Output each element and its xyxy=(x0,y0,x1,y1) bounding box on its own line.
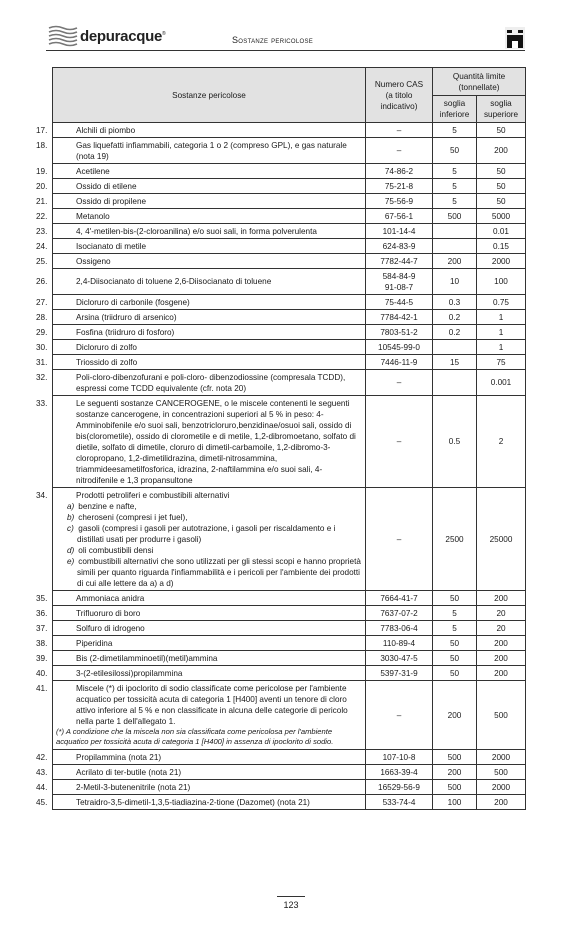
substance-name: Triossido di zolfo xyxy=(76,358,137,367)
substance-cell: 29.Fosfina (triidruro di fosforo) xyxy=(53,325,366,340)
substance-cell: 32.Poli-cloro-dibenzofurani e poli-cloro… xyxy=(53,370,366,396)
cas-cell: – xyxy=(366,396,433,488)
upper-threshold-cell: 2000 xyxy=(477,750,526,765)
upper-threshold-cell: 0.001 xyxy=(477,370,526,396)
table-row: 22.Metanolo67-56-15005000 xyxy=(53,209,526,224)
cas-cell: 533-74-4 xyxy=(366,795,433,810)
substance-cell: 22.Metanolo xyxy=(53,209,366,224)
lower-threshold-cell: 50 xyxy=(433,636,477,651)
substance-cell: 38.Piperidina xyxy=(53,636,366,651)
substance-name: Poli-cloro-dibenzofurani e poli-cloro- d… xyxy=(76,373,345,393)
substance-name: Isocianato di metile xyxy=(76,242,146,251)
upper-threshold-cell: 1 xyxy=(477,310,526,325)
substance-cell: 34.Prodotti petroliferi e combustibili a… xyxy=(53,488,366,591)
upper-threshold-cell: 200 xyxy=(477,591,526,606)
substance-cell: 35.Ammoniaca anidra xyxy=(53,591,366,606)
substance-name: Le seguenti sostanze CANCEROGENE, o le m… xyxy=(76,399,356,485)
lower-threshold-cell: 50 xyxy=(433,666,477,681)
lower-threshold-cell: 0.2 xyxy=(433,310,477,325)
upper-threshold-cell: 2 xyxy=(477,396,526,488)
h-block-icon xyxy=(505,27,525,49)
upper-threshold-cell: 5000 xyxy=(477,209,526,224)
substance-cell: 45.Tetraidro-3,5-dimetil-1,3,5-tiadiazin… xyxy=(53,795,366,810)
upper-threshold-cell: 20 xyxy=(477,606,526,621)
upper-threshold-cell: 500 xyxy=(477,681,526,750)
sub-item: e) combustibili alternativi che sono uti… xyxy=(56,556,362,589)
table-row: 32.Poli-cloro-dibenzofurani e poli-cloro… xyxy=(53,370,526,396)
substance-cell: 17.Alchili di piombo xyxy=(53,123,366,138)
sub-item: c) gasoli (compresi i gasoli per autotra… xyxy=(56,523,362,545)
substance-name: Dicloruro di zolfo xyxy=(76,343,137,352)
table-row: 21.Ossido di propilene75-56-9550 xyxy=(53,194,526,209)
table-row: 17.Alchili di piombo–550 xyxy=(53,123,526,138)
upper-threshold-cell: 75 xyxy=(477,355,526,370)
upper-threshold-cell: 0.15 xyxy=(477,239,526,254)
upper-threshold-cell: 50 xyxy=(477,194,526,209)
cas-cell: 3030-47-5 xyxy=(366,651,433,666)
upper-threshold-cell: 0.01 xyxy=(477,224,526,239)
dangerous-substances-table: Sostanze pericolose Numero CAS(a titolo … xyxy=(52,67,526,810)
lower-threshold-cell: 5 xyxy=(433,179,477,194)
substance-cell: 37.Solfuro di idrogeno xyxy=(53,621,366,636)
lower-threshold-cell: 0.2 xyxy=(433,325,477,340)
cas-cell: – xyxy=(366,370,433,396)
upper-threshold-cell: 50 xyxy=(477,164,526,179)
lower-threshold-cell: 15 xyxy=(433,355,477,370)
lower-threshold-cell xyxy=(433,370,477,396)
sub-item: b) cheroseni (compresi i jet fuel), xyxy=(56,512,362,523)
substance-cell: 39.Bis (2-dimetilamminoetil)(metil)ammin… xyxy=(53,651,366,666)
cas-cell: 110-89-4 xyxy=(366,636,433,651)
cas-cell: – xyxy=(366,123,433,138)
lower-threshold-cell: 200 xyxy=(433,765,477,780)
header-substance: Sostanze pericolose xyxy=(53,68,366,123)
table-row: 34.Prodotti petroliferi e combustibili a… xyxy=(53,488,526,591)
table-row: 41.Miscele (*) di ipoclorito di sodio cl… xyxy=(53,681,526,750)
table-row: 23.4, 4'-metilen-bis-(2-cloroanilina) e/… xyxy=(53,224,526,239)
page-header: depuracque® Sostanze pericolose xyxy=(46,25,525,51)
substance-cell: 31.Triossido di zolfo xyxy=(53,355,366,370)
substance-cell: 41.Miscele (*) di ipoclorito di sodio cl… xyxy=(53,681,366,750)
cas-cell: 67-56-1 xyxy=(366,209,433,224)
table-row: 18.Gas liquefatti infiammabili, categori… xyxy=(53,138,526,164)
lower-threshold-cell: 5 xyxy=(433,164,477,179)
page-number: 123 xyxy=(277,896,305,910)
table-row: 35.Ammoniaca anidra7664-41-750200 xyxy=(53,591,526,606)
lower-threshold-cell: 50 xyxy=(433,591,477,606)
substance-name: Miscele (*) di ipoclorito di sodio class… xyxy=(76,684,348,726)
substance-name: 3-(2-etilesilossi)propilammina xyxy=(76,669,182,678)
lower-threshold-cell: 5 xyxy=(433,123,477,138)
footnote: (*) A condizione che la miscela non sia … xyxy=(56,727,362,748)
substance-cell: 24.Isocianato di metile xyxy=(53,239,366,254)
table-row: 40.3-(2-etilesilossi)propilammina5397-31… xyxy=(53,666,526,681)
lower-threshold-cell: 500 xyxy=(433,209,477,224)
cas-cell: 624-83-9 xyxy=(366,239,433,254)
lower-threshold-cell xyxy=(433,239,477,254)
table-row: 20.Ossido di etilene75-21-8550 xyxy=(53,179,526,194)
substance-cell: 28.Arsina (triidruro di arsenico) xyxy=(53,310,366,325)
substance-name: Alchili di piombo xyxy=(76,126,135,135)
header-cas: Numero CAS(a titolo indicativo) xyxy=(366,68,433,123)
substance-name: Ammoniaca anidra xyxy=(76,594,144,603)
table-row: 29.Fosfina (triidruro di fosforo)7803-51… xyxy=(53,325,526,340)
substance-name: Fosfina (triidruro di fosforo) xyxy=(76,328,174,337)
cas-cell: 7784-42-1 xyxy=(366,310,433,325)
table-row: 38.Piperidina110-89-450200 xyxy=(53,636,526,651)
substance-name: Bis (2-dimetilamminoetil)(metil)ammina xyxy=(76,654,218,663)
cas-cell: 7803-51-2 xyxy=(366,325,433,340)
lower-threshold-cell: 200 xyxy=(433,681,477,750)
substance-cell: 19.Acetilene xyxy=(53,164,366,179)
substance-cell: 44.2-Metil-3-butenenitrile (nota 21) xyxy=(53,780,366,795)
table-row: 30.Dicloruro di zolfo10545-99-01 xyxy=(53,340,526,355)
table-row: 19.Acetilene74-86-2550 xyxy=(53,164,526,179)
substance-cell: 42.Propilammina (nota 21) xyxy=(53,750,366,765)
header-upper: soglia superiore xyxy=(477,96,526,123)
substance-name: 2-Metil-3-butenenitrile (nota 21) xyxy=(76,783,190,792)
substance-name: Prodotti petroliferi e combustibili alte… xyxy=(76,491,229,500)
lower-threshold-cell: 0.3 xyxy=(433,295,477,310)
upper-threshold-cell: 1 xyxy=(477,325,526,340)
table-row: 24.Isocianato di metile624-83-90.15 xyxy=(53,239,526,254)
table-row: 25.Ossigeno7782-44-72002000 xyxy=(53,254,526,269)
table-row: 42.Propilammina (nota 21)107-10-85002000 xyxy=(53,750,526,765)
upper-threshold-cell: 200 xyxy=(477,795,526,810)
upper-threshold-cell: 200 xyxy=(477,666,526,681)
table-row: 27.Dicloruro di carbonile (fosgene)75-44… xyxy=(53,295,526,310)
substance-name: 4, 4'-metilen-bis-(2-cloroanilina) e/o s… xyxy=(76,227,317,236)
substance-cell: 20.Ossido di etilene xyxy=(53,179,366,194)
upper-threshold-cell: 200 xyxy=(477,651,526,666)
sub-item: a) benzine e nafte, xyxy=(56,501,362,512)
upper-threshold-cell: 25000 xyxy=(477,488,526,591)
lower-threshold-cell: 0.5 xyxy=(433,396,477,488)
upper-threshold-cell: 2000 xyxy=(477,780,526,795)
table-row: 26.2,4-Diisocianato di toluene 2,6-Diiso… xyxy=(53,269,526,295)
cas-cell: 7664-41-7 xyxy=(366,591,433,606)
table-row: 28.Arsina (triidruro di arsenico)7784-42… xyxy=(53,310,526,325)
cas-cell: – xyxy=(366,138,433,164)
substance-cell: 25.Ossigeno xyxy=(53,254,366,269)
table-row: 31.Triossido di zolfo7446-11-91575 xyxy=(53,355,526,370)
table-row: 36.Trifluoruro di boro7637-07-2520 xyxy=(53,606,526,621)
substance-name: Ossigeno xyxy=(76,257,111,266)
lower-threshold-cell: 200 xyxy=(433,254,477,269)
substance-name: Acrilato di ter-butile (nota 21) xyxy=(76,768,181,777)
substance-cell: 21.Ossido di propilene xyxy=(53,194,366,209)
upper-threshold-cell: 0.75 xyxy=(477,295,526,310)
table-row: 44.2-Metil-3-butenenitrile (nota 21)1652… xyxy=(53,780,526,795)
upper-threshold-cell: 200 xyxy=(477,138,526,164)
substance-name: Propilammina (nota 21) xyxy=(76,753,161,762)
substance-name: Ossido di propilene xyxy=(76,197,146,206)
substance-name: Ossido di etilene xyxy=(76,182,137,191)
cas-cell: 7446-11-9 xyxy=(366,355,433,370)
cas-cell: 7783-06-4 xyxy=(366,621,433,636)
cas-cell: 1663-39-4 xyxy=(366,765,433,780)
substance-name: Solfuro di idrogeno xyxy=(76,624,145,633)
substance-name: Metanolo xyxy=(76,212,110,221)
substance-name: Gas liquefatti infiammabili, categoria 1… xyxy=(76,141,347,161)
table-row: 37.Solfuro di idrogeno7783-06-4520 xyxy=(53,621,526,636)
cas-cell: 7782-44-7 xyxy=(366,254,433,269)
substance-name: Acetilene xyxy=(76,167,110,176)
substance-cell: 18.Gas liquefatti infiammabili, categori… xyxy=(53,138,366,164)
cas-cell: 5397-31-9 xyxy=(366,666,433,681)
upper-threshold-cell: 1 xyxy=(477,340,526,355)
lower-threshold-cell: 5 xyxy=(433,621,477,636)
substance-cell: 27.Dicloruro di carbonile (fosgene) xyxy=(53,295,366,310)
table-row: 33.Le seguenti sostanze CANCEROGENE, o l… xyxy=(53,396,526,488)
lower-threshold-cell: 500 xyxy=(433,780,477,795)
lower-threshold-cell: 100 xyxy=(433,795,477,810)
lower-threshold-cell: 10 xyxy=(433,269,477,295)
header-limits: Quantità limite (tonnellate) xyxy=(433,68,526,96)
lower-threshold-cell: 50 xyxy=(433,651,477,666)
cas-cell: – xyxy=(366,488,433,591)
cas-cell: – xyxy=(366,681,433,750)
cas-cell: 74-86-2 xyxy=(366,164,433,179)
substance-cell: 33.Le seguenti sostanze CANCEROGENE, o l… xyxy=(53,396,366,488)
lower-threshold-cell xyxy=(433,224,477,239)
cas-cell: 75-56-9 xyxy=(366,194,433,209)
sub-item: d) oli combustibili densi xyxy=(56,545,362,556)
table-row: 43.Acrilato di ter-butile (nota 21)1663-… xyxy=(53,765,526,780)
cas-cell: 10545-99-0 xyxy=(366,340,433,355)
cas-cell: 75-44-5 xyxy=(366,295,433,310)
substance-cell: 43.Acrilato di ter-butile (nota 21) xyxy=(53,765,366,780)
lower-threshold-cell xyxy=(433,340,477,355)
upper-threshold-cell: 20 xyxy=(477,621,526,636)
lower-threshold-cell: 500 xyxy=(433,750,477,765)
upper-threshold-cell: 100 xyxy=(477,269,526,295)
lower-threshold-cell: 5 xyxy=(433,194,477,209)
table-row: 39.Bis (2-dimetilamminoetil)(metil)ammin… xyxy=(53,651,526,666)
brand-name: depuracque® xyxy=(80,28,165,45)
cas-cell: 7637-07-2 xyxy=(366,606,433,621)
substance-cell: 40.3-(2-etilesilossi)propilammina xyxy=(53,666,366,681)
upper-threshold-cell: 500 xyxy=(477,765,526,780)
upper-threshold-cell: 200 xyxy=(477,636,526,651)
cas-cell: 75-21-8 xyxy=(366,179,433,194)
upper-threshold-cell: 2000 xyxy=(477,254,526,269)
lower-threshold-cell: 50 xyxy=(433,138,477,164)
substance-cell: 23.4, 4'-metilen-bis-(2-cloroanilina) e/… xyxy=(53,224,366,239)
substance-name: 2,4-Diisocianato di toluene 2,6-Diisocia… xyxy=(76,277,271,286)
cas-cell: 584-84-991-08-7 xyxy=(366,269,433,295)
substance-name: Tetraidro-3,5-dimetil-1,3,5-tiadiazina-2… xyxy=(76,798,310,807)
table-row: 45.Tetraidro-3,5-dimetil-1,3,5-tiadiazin… xyxy=(53,795,526,810)
lower-threshold-cell: 2500 xyxy=(433,488,477,591)
lower-threshold-cell: 5 xyxy=(433,606,477,621)
upper-threshold-cell: 50 xyxy=(477,179,526,194)
substance-cell: 36.Trifluoruro di boro xyxy=(53,606,366,621)
header-lower: soglia inferiore xyxy=(433,96,477,123)
substance-cell: 26.2,4-Diisocianato di toluene 2,6-Diiso… xyxy=(53,269,366,295)
cas-cell: 16529-56-9 xyxy=(366,780,433,795)
cas-cell: 101-14-4 xyxy=(366,224,433,239)
section-title: Sostanze pericolose xyxy=(232,35,313,45)
substance-name: Dicloruro di carbonile (fosgene) xyxy=(76,298,190,307)
substance-name: Piperidina xyxy=(76,639,112,648)
substance-name: Trifluoruro di boro xyxy=(76,609,140,618)
substance-cell: 30.Dicloruro di zolfo xyxy=(53,340,366,355)
upper-threshold-cell: 50 xyxy=(477,123,526,138)
cas-cell: 107-10-8 xyxy=(366,750,433,765)
substance-name: Arsina (triidruro di arsenico) xyxy=(76,313,177,322)
waves-icon xyxy=(48,25,78,47)
